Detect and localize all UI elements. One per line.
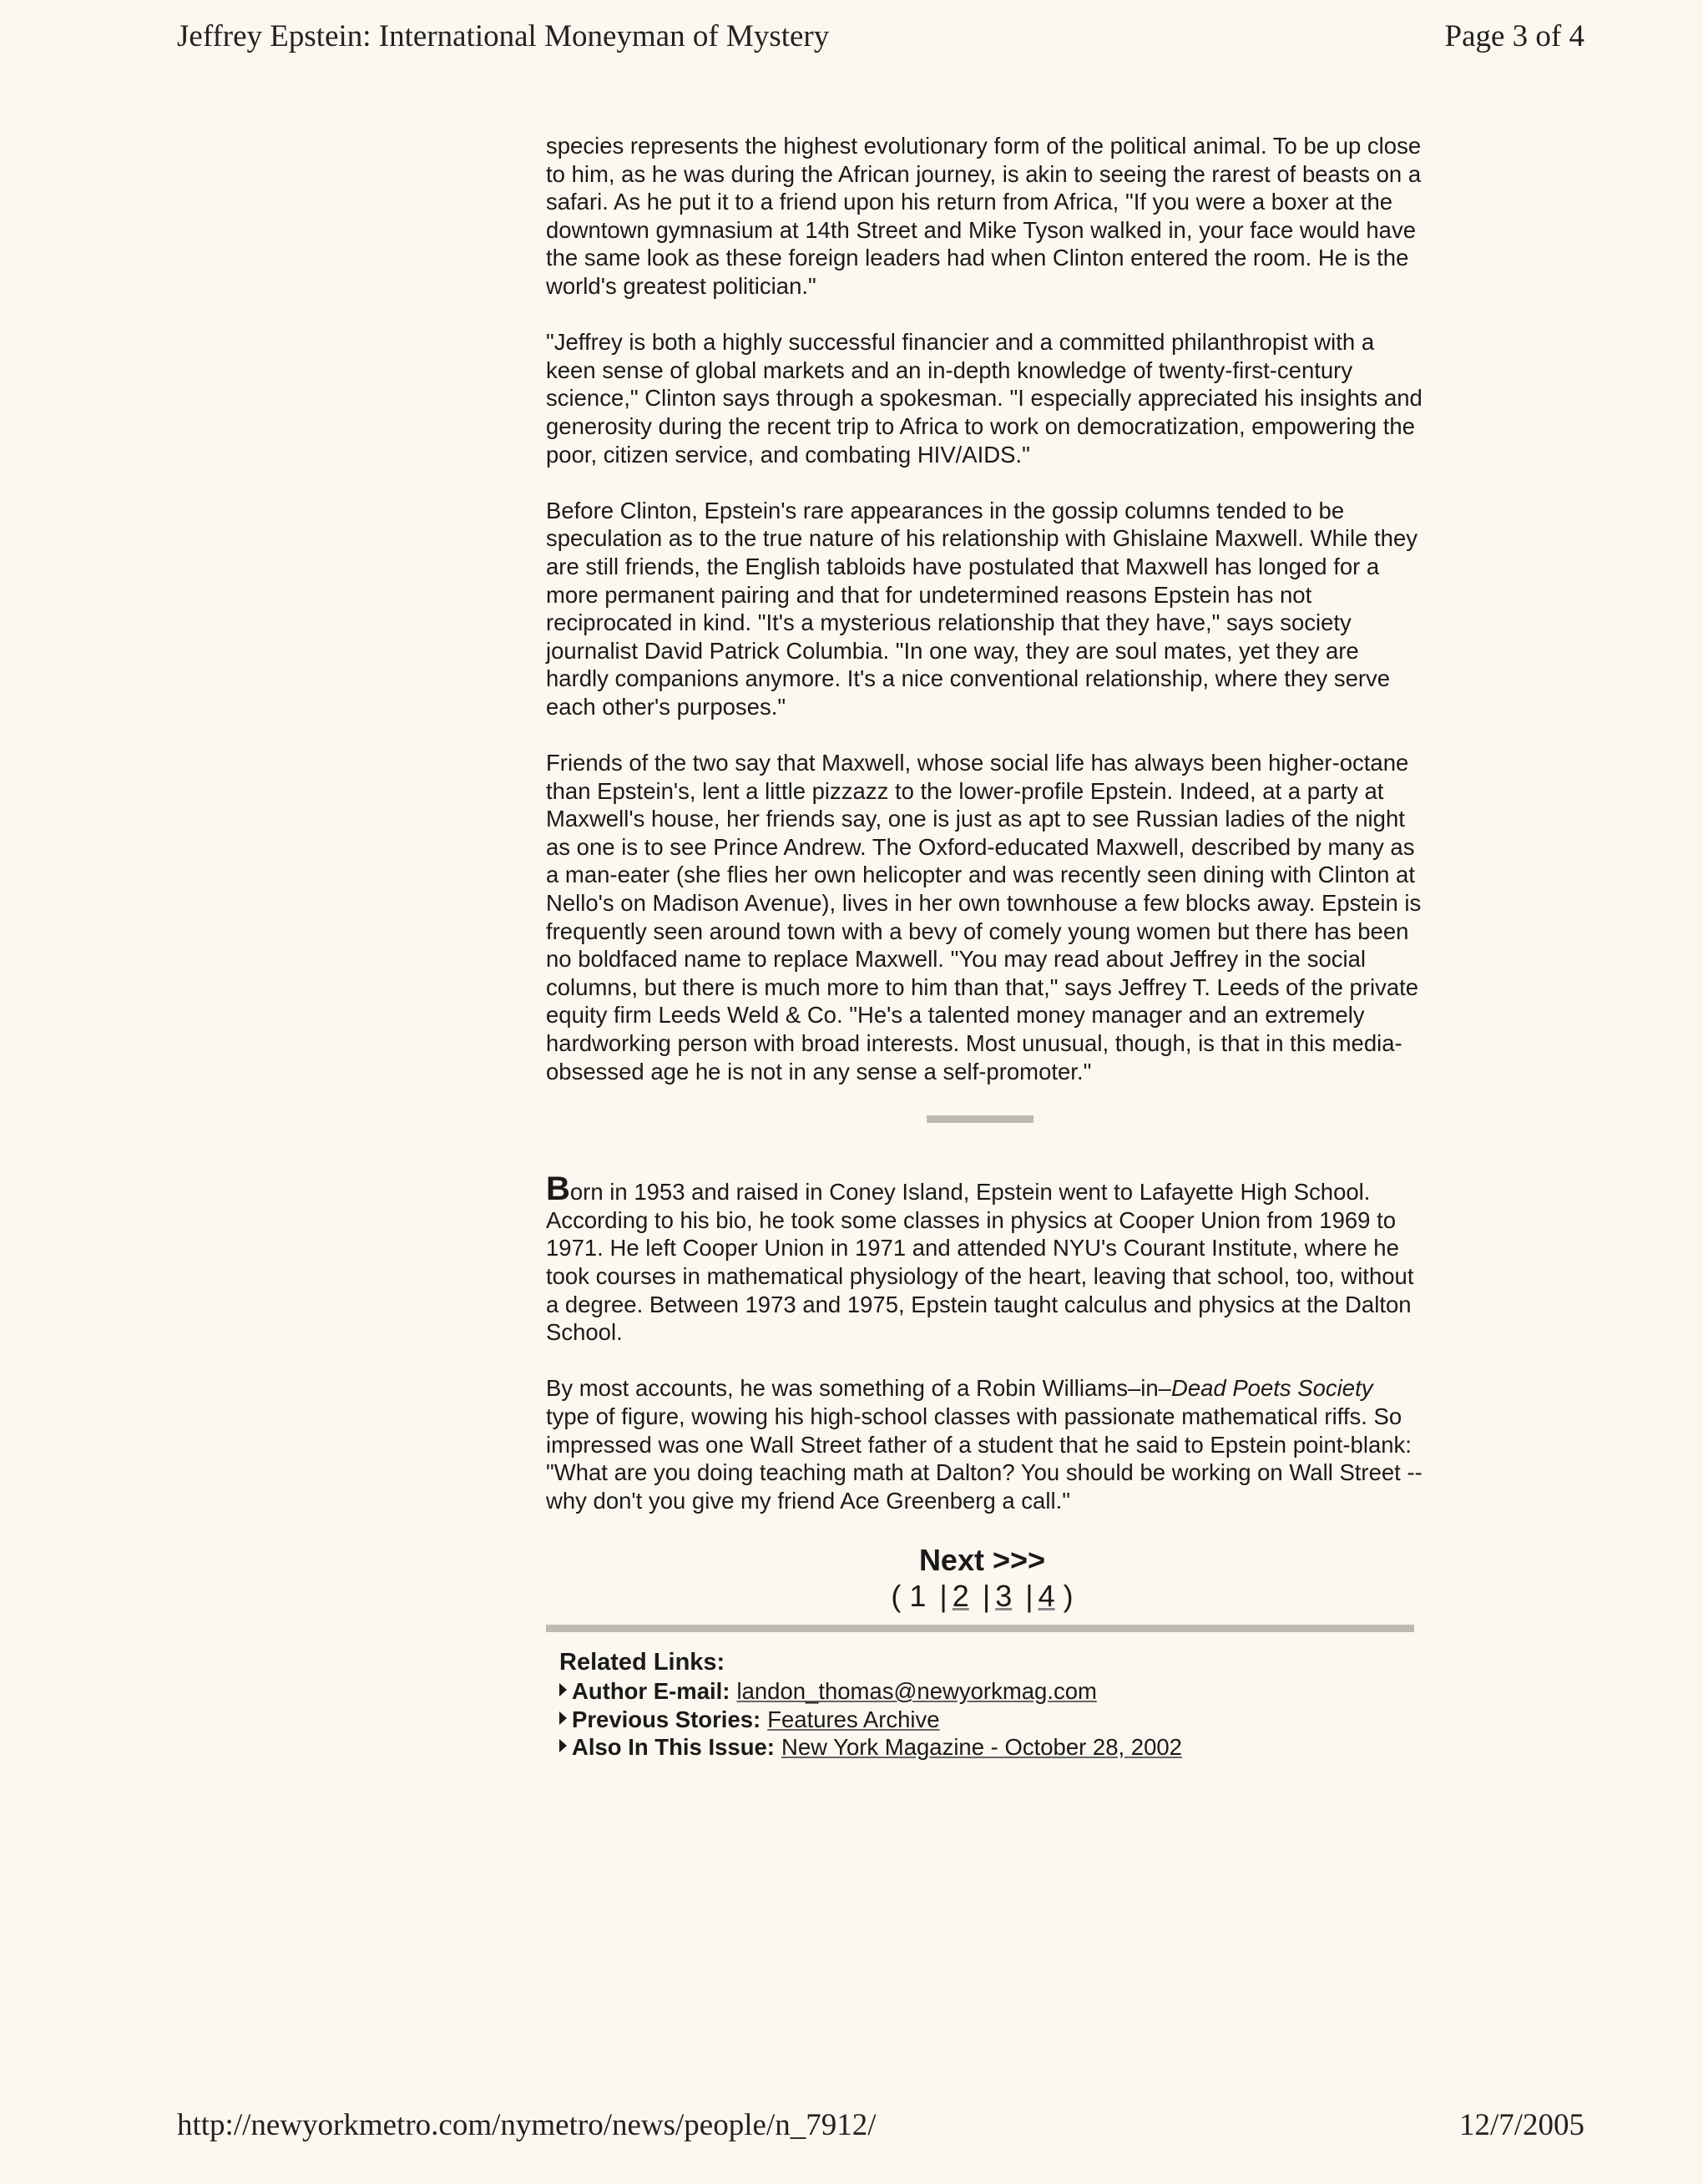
arrow-right-icon — [559, 1739, 567, 1752]
article-paragraph-teaching: By most accounts, he was something of a … — [546, 1374, 1423, 1514]
pagination: Next >>> ( 1 |2 |3 |4 ) — [546, 1543, 1418, 1615]
page-link-2[interactable]: 2 — [953, 1579, 969, 1613]
section-divider — [927, 1115, 1033, 1123]
article-paragraph: "Jeffrey is both a highly successful fin… — [546, 328, 1423, 468]
film-title: Dead Poets Society — [1171, 1375, 1373, 1401]
drop-cap: B — [546, 1170, 570, 1207]
page-list: ( 1 |2 |3 |4 ) — [546, 1578, 1418, 1615]
related-label: Author E-mail: — [572, 1677, 730, 1706]
print-header: Jeffrey Epstein: International Moneyman … — [177, 18, 1584, 54]
related-label: Also In This Issue: — [572, 1733, 775, 1762]
document-title: Jeffrey Epstein: International Moneyman … — [177, 18, 829, 54]
current-page: 1 — [909, 1579, 926, 1613]
article-paragraph: Before Clinton, Epstein's rare appearanc… — [546, 497, 1423, 721]
bio-text: orn in 1953 and raised in Coney Island, … — [546, 1179, 1413, 1345]
page-link-4[interactable]: 4 — [1038, 1579, 1055, 1613]
author-email-link[interactable]: landon_thomas@newyorkmag.com — [736, 1677, 1096, 1706]
article-paragraph: species represents the highest evolution… — [546, 132, 1423, 301]
print-footer: http://newyorkmetro.com/nymetro/news/peo… — [177, 2107, 1584, 2143]
article-paragraph-bio: Born in 1953 and raised in Coney Island,… — [546, 1176, 1423, 1347]
related-divider — [546, 1625, 1414, 1632]
article-body: species represents the highest evolution… — [546, 132, 1423, 1762]
page-indicator: Page 3 of 4 — [1445, 18, 1585, 54]
related-item-issue: Also In This Issue: New York Magazine - … — [559, 1733, 1423, 1762]
teaching-text-start: By most accounts, he was something of a … — [546, 1375, 1171, 1401]
article-paragraph: Friends of the two say that Maxwell, who… — [546, 749, 1423, 1085]
open-paren: ( — [891, 1579, 909, 1613]
next-page-link[interactable]: Next >>> — [919, 1543, 1045, 1578]
related-item-previous-stories: Previous Stories: Features Archive — [559, 1706, 1423, 1734]
page-separator: | — [934, 1579, 952, 1613]
issue-link[interactable]: New York Magazine - October 28, 2002 — [781, 1733, 1182, 1762]
page-link-3[interactable]: 3 — [995, 1579, 1012, 1613]
arrow-right-icon — [559, 1683, 567, 1696]
page-url: http://newyorkmetro.com/nymetro/news/peo… — [177, 2107, 877, 2143]
related-item-author-email: Author E-mail: landon_thomas@newyorkmag.… — [559, 1677, 1423, 1706]
features-archive-link[interactable]: Features Archive — [767, 1706, 939, 1734]
related-links-title: Related Links: — [559, 1647, 1423, 1677]
related-label: Previous Stories: — [572, 1706, 761, 1734]
teaching-text-end: type of figure, wowing his high-school c… — [546, 1403, 1423, 1514]
arrow-right-icon — [559, 1711, 567, 1725]
related-links: Related Links: Author E-mail: landon_tho… — [546, 1647, 1423, 1762]
page-separator: | — [978, 1579, 995, 1613]
print-date: 12/7/2005 — [1459, 2107, 1584, 2143]
page-separator: | — [1020, 1579, 1038, 1613]
close-paren: ) — [1055, 1579, 1074, 1613]
